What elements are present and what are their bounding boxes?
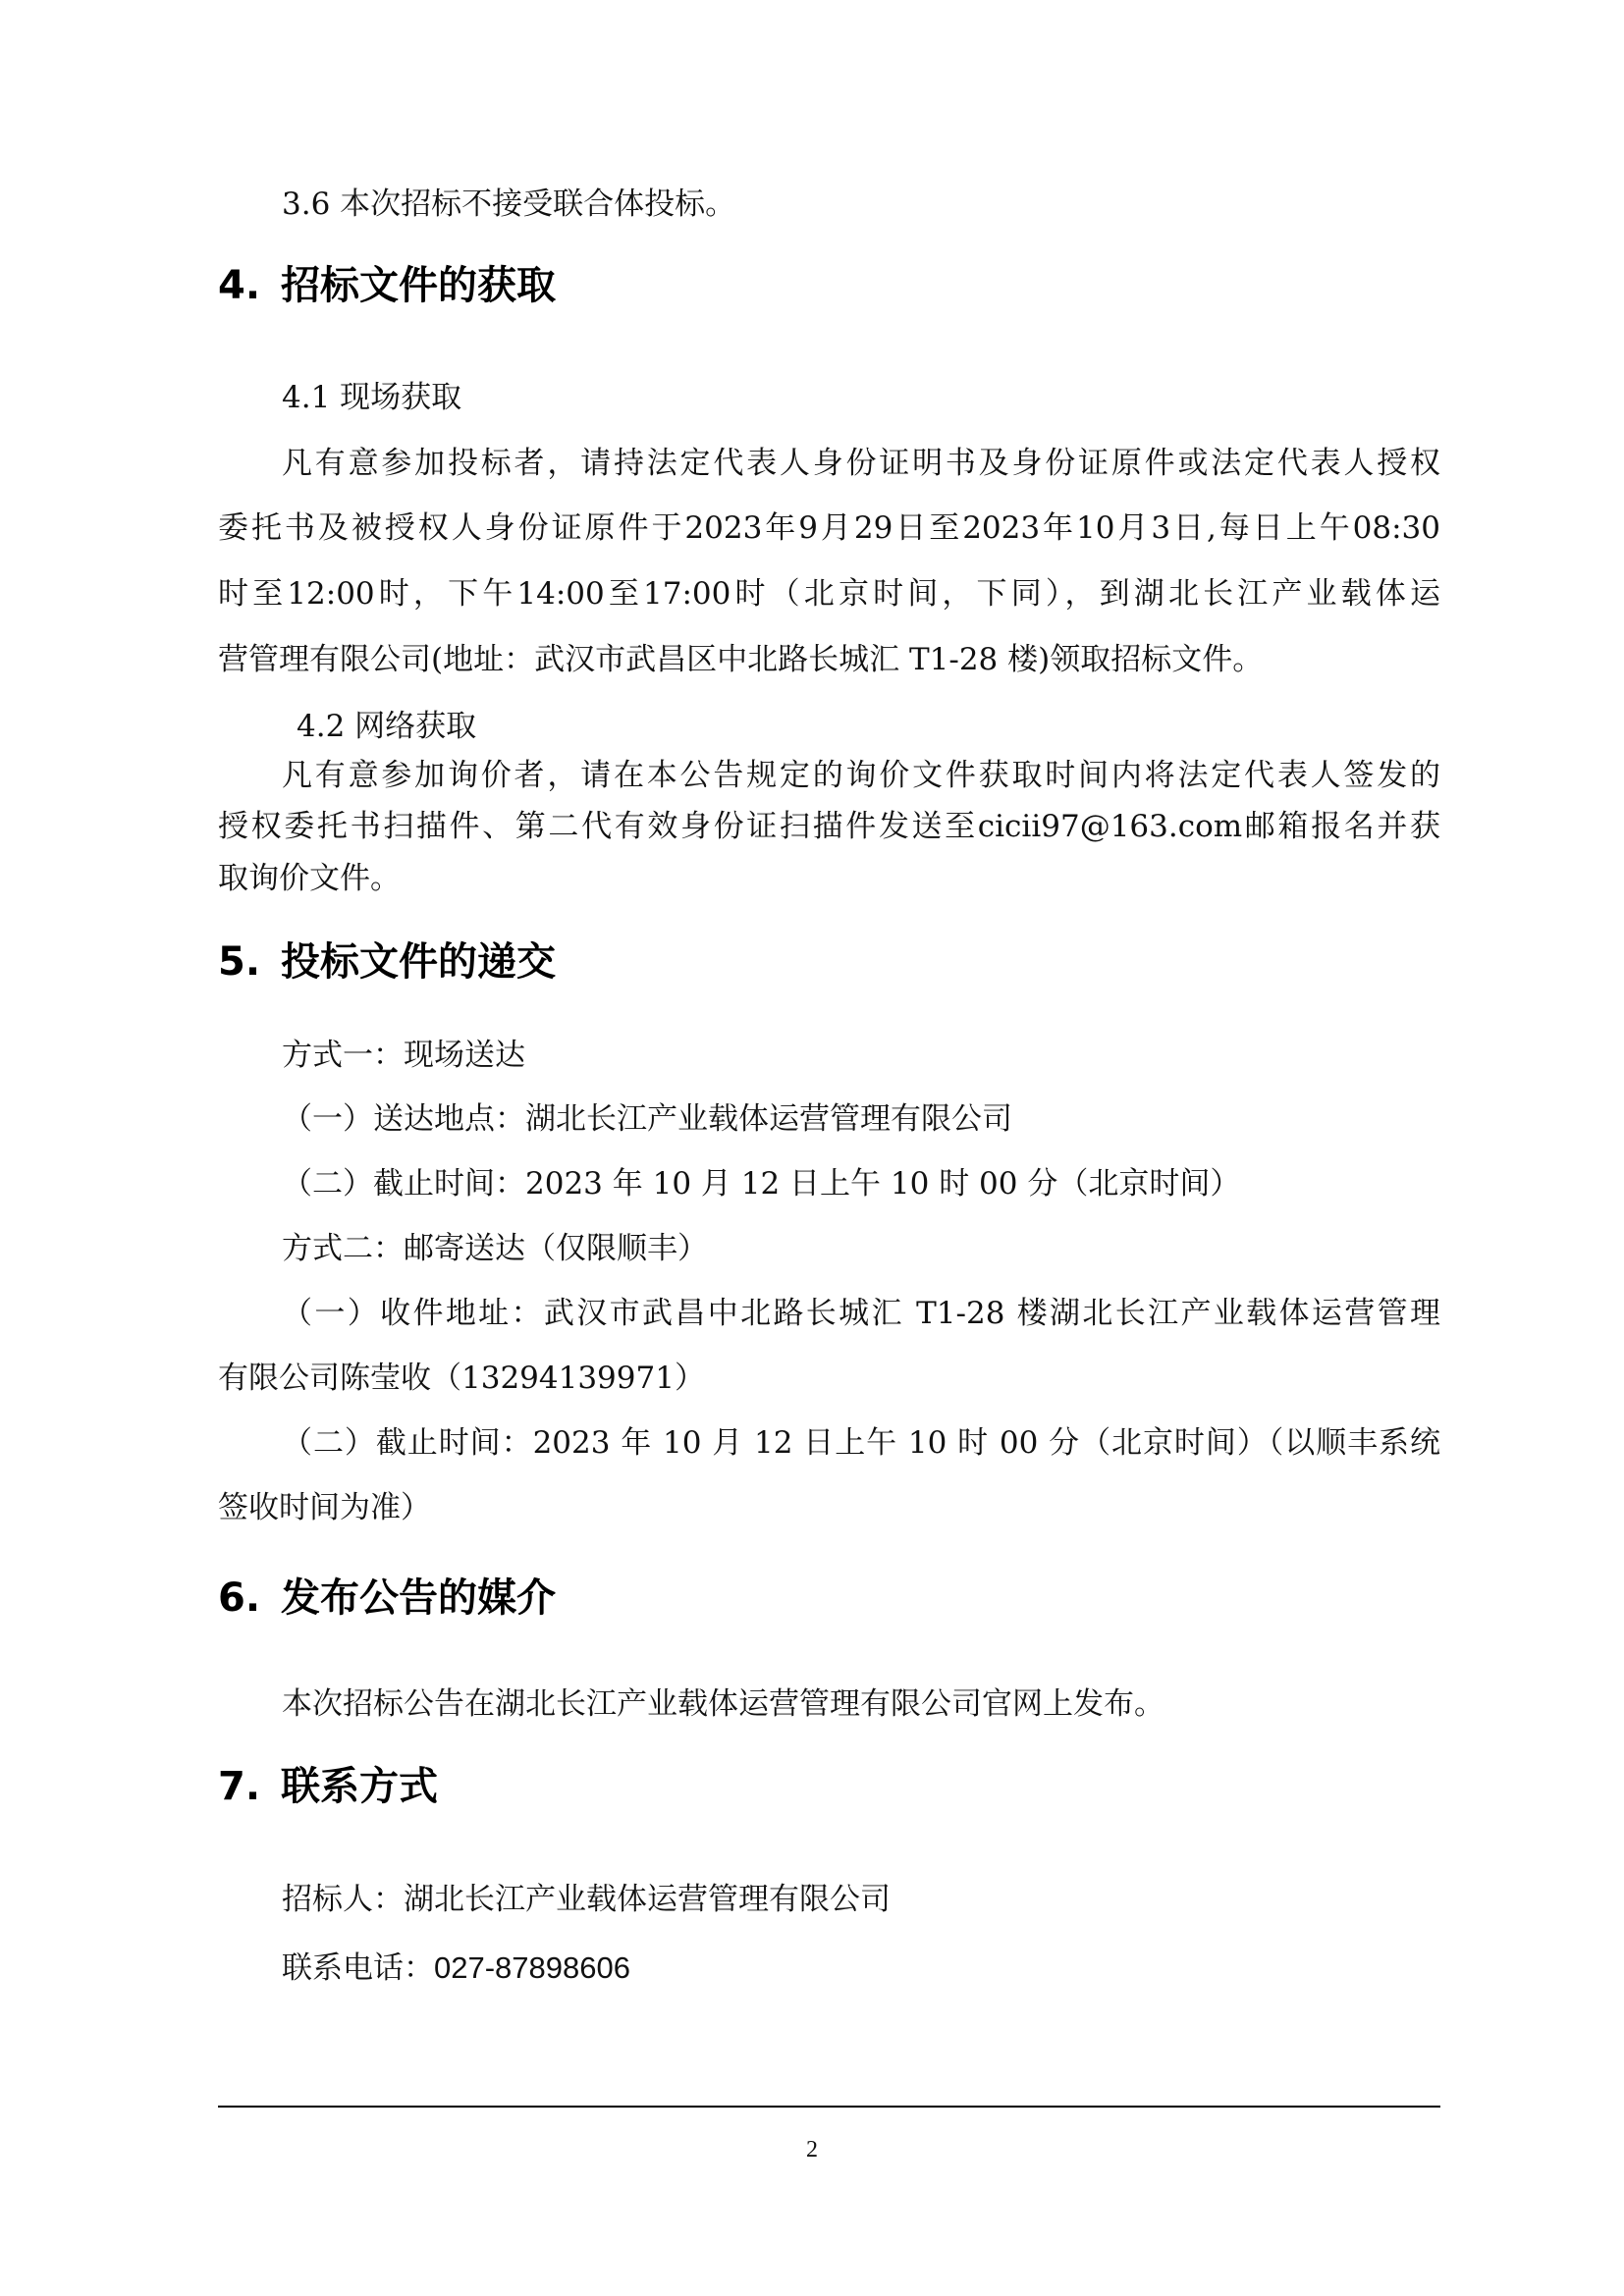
section-title: 联系方式 [281, 1764, 438, 1809]
method-1-item: （一）送达地点：湖北长江产业载体运营管理有限公司 [282, 1099, 1012, 1139]
tenderer-value: 湖北长江产业载体运营管理有限公司 [404, 1882, 891, 1917]
method-1-title: 方式一：现场送达 [282, 1036, 525, 1075]
paragraph-line: 营管理有限公司(地址：武汉市武昌区中北路长城汇 T1-28 楼)领取招标文件。 [218, 640, 1263, 679]
paragraph-line: 授权委托书扫描件、第二代有效身份证扫描件发送至cicii97@163.com邮箱… [218, 807, 1440, 846]
section-number: 5. [218, 937, 281, 987]
section-5-heading: 5.投标文件的递交 [218, 937, 556, 987]
subsection-4-2-title: 4.2 网络获取 [297, 707, 476, 746]
footer-divider [218, 2106, 1440, 2108]
method-2-line: 有限公司陈莹收（13294139971） [218, 1359, 705, 1398]
paragraph-line: 时至12:00时，下午14:00至17:00时（北京时间，下同），到湖北长江产业… [218, 574, 1440, 614]
paragraph-line: 委托书及被授权人身份证原件于2023年9月29日至2023年10月3日,每日上午… [218, 508, 1440, 548]
tenderer-label: 招标人： [282, 1882, 404, 1917]
method-2-line: （一）收件地址：武汉市武昌中北路长城汇 T1-28 楼湖北长江产业载体运营管理 [282, 1294, 1440, 1333]
section-number: 7. [218, 1762, 281, 1811]
section-6-body: 本次招标公告在湖北长江产业载体运营管理有限公司官网上发布。 [282, 1684, 1164, 1724]
method-2-line: 签收时间为准） [218, 1488, 431, 1527]
section-title: 投标文件的递交 [281, 939, 556, 985]
paragraph-line: 取询价文件。 [218, 859, 401, 898]
paragraph-line: 凡有意参加询价者，请在本公告规定的询价文件获取时间内将法定代表人签发的 [282, 756, 1440, 795]
paragraph-line: 凡有意参加投标者，请持法定代表人身份证明书及身份证原件或法定代表人授权 [282, 444, 1440, 483]
method-2-line: （二）截止时间：2023 年 10 月 12 日上午 10 时 00 分（北京时… [282, 1423, 1440, 1463]
section-4-heading: 4.招标文件的获取 [218, 261, 556, 310]
section-6-heading: 6.发布公告的媒介 [218, 1574, 556, 1623]
section-7-heading: 7.联系方式 [218, 1762, 438, 1811]
phone-label: 联系电话： [282, 1950, 434, 1986]
document-page: 3.6 本次招标不接受联合体投标。 4.招标文件的获取 4.1 现场获取 凡有意… [0, 0, 1624, 2296]
section-number: 6. [218, 1574, 281, 1623]
item-3-6: 3.6 本次招标不接受联合体投标。 [282, 185, 735, 224]
section-title: 招标文件的获取 [281, 263, 556, 308]
section-title: 发布公告的媒介 [281, 1575, 556, 1621]
method-2-title: 方式二：邮寄送达（仅限顺丰） [282, 1229, 708, 1268]
subsection-4-1-title: 4.1 现场获取 [282, 378, 461, 417]
phone-line: 联系电话：027-87898606 [282, 1949, 630, 1988]
tenderer-line: 招标人：湖北长江产业载体运营管理有限公司 [282, 1880, 891, 1919]
page-number: 2 [0, 2135, 1624, 2164]
phone-value: 027-87898606 [434, 1950, 630, 1985]
method-1-item: （二）截止时间：2023 年 10 月 12 日上午 10 时 00 分（北京时… [282, 1164, 1240, 1203]
section-number: 4. [218, 261, 281, 310]
